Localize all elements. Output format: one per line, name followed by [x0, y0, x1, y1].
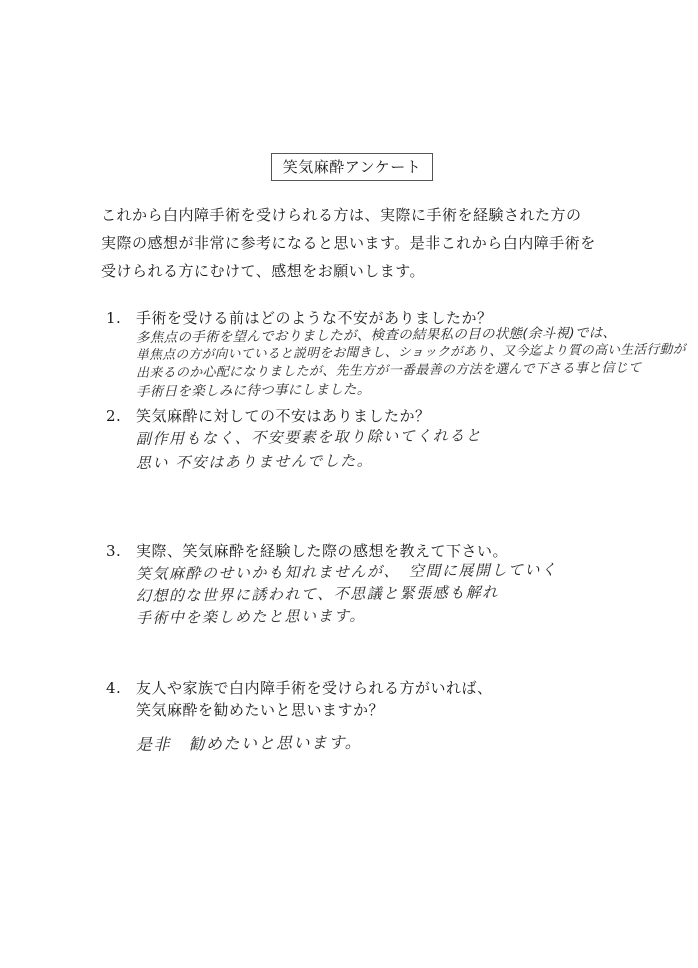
answer-2-line-2: 思い 不安はありませんでした。 — [136, 450, 373, 474]
answer-1-line-4: 手術日を楽しみに待つ事にしました。 — [136, 380, 371, 402]
question-number: 2. — [106, 405, 136, 427]
intro-line: これから白内障手術を受けられる方は、実際に手術を経験された方の — [101, 201, 661, 229]
intro-line: 受けられる方にむけて、感想をお願いします。 — [101, 257, 661, 285]
survey-title: 笑気麻酔アンケート — [271, 153, 433, 181]
question-number: 4. — [106, 677, 136, 699]
question-number: 3. — [106, 540, 136, 562]
question-number: 1. — [106, 307, 136, 329]
intro-paragraph: これから白内障手術を受けられる方は、実際に手術を経験された方の 実際の感想が非常… — [101, 201, 661, 285]
question-4: 4.友人や家族で白内障手術を受けられる方がいれば、 笑気麻酔を勧めたいと思います… — [106, 677, 493, 721]
answer-4-line-1: 是非 勧めたいと思います。 — [136, 732, 362, 756]
intro-line: 実際の感想が非常に参考になると思います。是非これから白内障手術を — [101, 229, 661, 257]
question-2: 2.笑気麻酔に対しての不安はありましたか？ — [106, 405, 431, 427]
answer-3-line-3: 手術中を楽しめたと思います。 — [136, 605, 366, 629]
question-text: 友人や家族で白内障手術を受けられる方がいれば、 — [136, 679, 493, 697]
question-text: 実際、笑気麻酔を経験した際の感想を教えて下さい。 — [136, 542, 508, 560]
question-text: 笑気麻酔に対しての不安はありましたか？ — [136, 407, 431, 425]
question-3: 3.実際、笑気麻酔を経験した際の感想を教えて下さい。 — [106, 540, 508, 562]
answer-3-line-2: 幻想的な世界に誘われて、不思議と緊張感も解れ — [136, 581, 499, 607]
answer-2-line-1: 副作用もなく、不安要素を取り除いてくれると — [136, 424, 482, 450]
question-text-continued: 笑気麻酔を勧めたいと思いますか？ — [106, 699, 493, 721]
